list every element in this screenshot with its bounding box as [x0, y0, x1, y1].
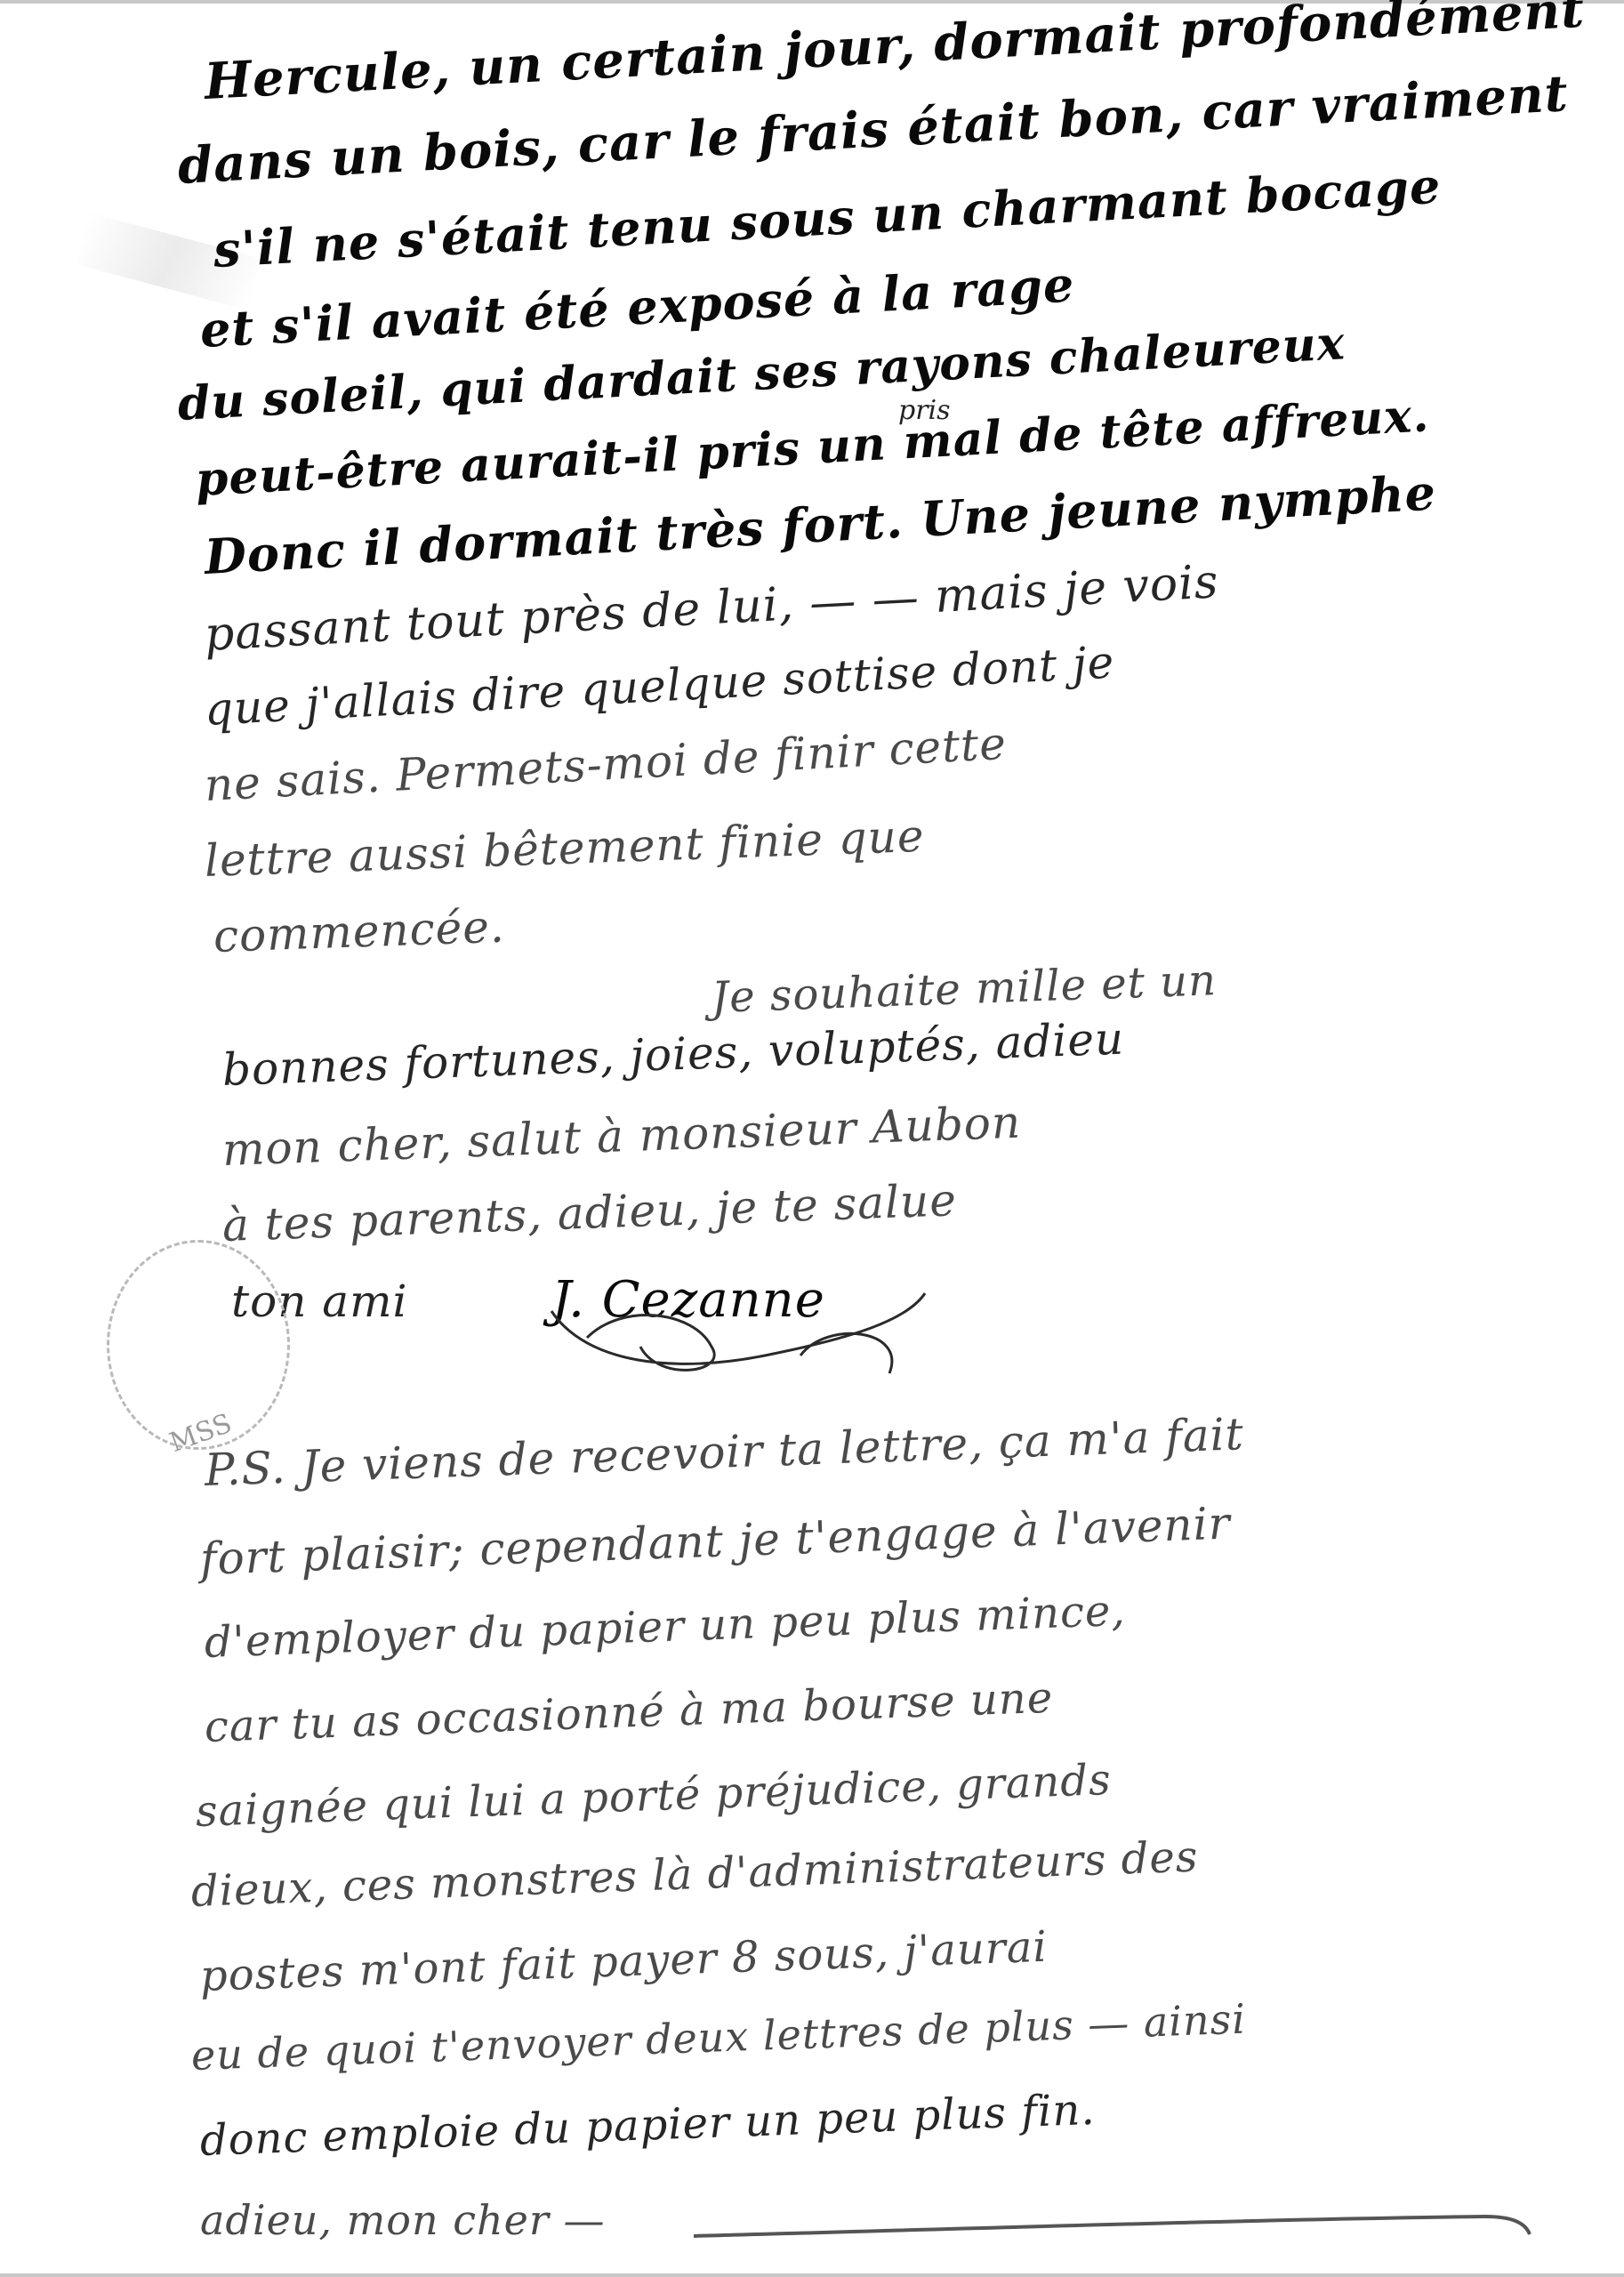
postscript-line: saignée qui lui a porté préjudice, grand… [195, 1755, 1112, 1837]
letter-line: ne sais. Permets-moi de finir cette [203, 718, 1008, 811]
postscript-line: eu de quoi t'envoyer deux lettres de plu… [190, 1995, 1247, 2080]
signature-flourish-icon [534, 1284, 978, 1382]
postscript-line: fort plaisir; cependant je t'engage à l'… [199, 1498, 1231, 1585]
letter-page: Hercule, un certain jour, dormait profon… [0, 0, 1624, 2277]
postscript-line: dieux, ces monstres là d'administrateurs… [190, 1831, 1199, 1917]
closing-underline-icon [685, 2209, 1539, 2245]
letter-line: mon cher, salut à monsieur Aubon [221, 1097, 1022, 1176]
letter-line: bonnes fortunes, joies, voluptés, adieu [221, 1013, 1125, 1096]
postscript-line: car tu as occasionné à ma bourse une [204, 1673, 1054, 1752]
postscript-line: d'employer du papier un peu plus mince, [204, 1586, 1126, 1668]
postscript-line: postes m'ont fait payer 8 sous, j'aurai [199, 1922, 1049, 2001]
letter-line: Je souhaite mille et un [711, 955, 1218, 1023]
letter-line: à tes parents, adieu, je te salue [221, 1174, 958, 1251]
postscript-line: adieu, mon cher — [200, 2196, 605, 2244]
postscript-line: P.S. Je viens de recevoir ta lettre, ça … [204, 1408, 1245, 1496]
postscript-line: donc emploie du papier un peu plus fin. [199, 2085, 1096, 2166]
letter-line: lettre aussi bêtement finie que [204, 810, 925, 887]
letter-line: commencée. [213, 901, 506, 962]
